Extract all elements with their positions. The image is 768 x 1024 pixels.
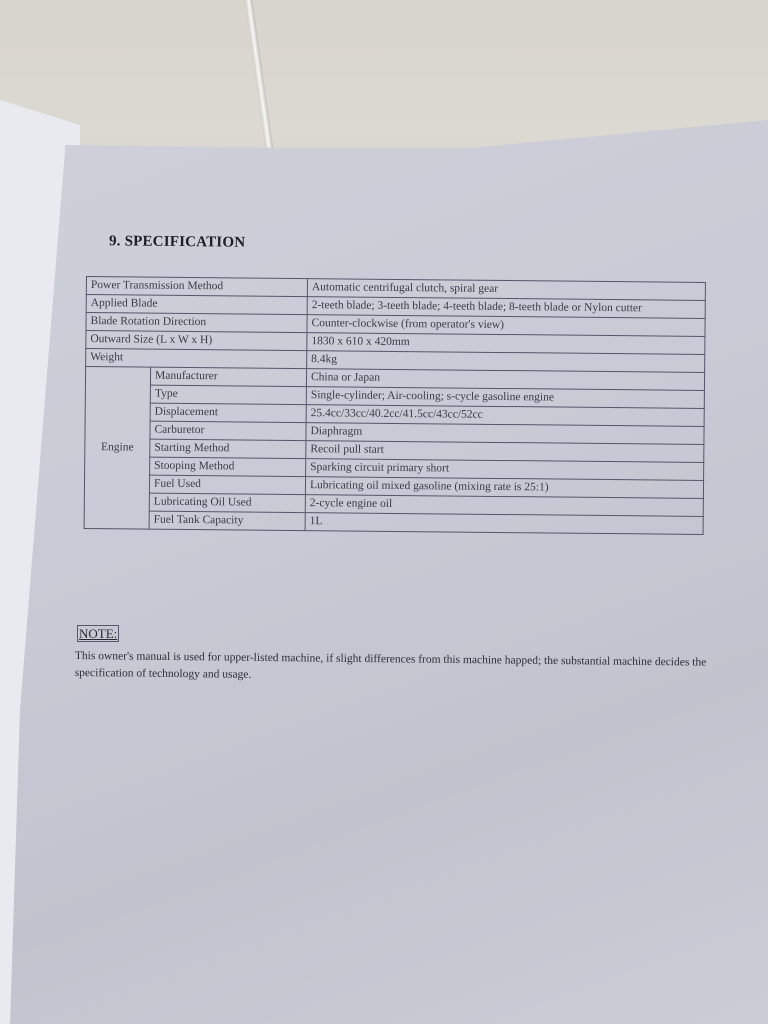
row-label: Lubricating Oil Used xyxy=(149,493,305,512)
row-label: Stooping Method xyxy=(150,457,306,476)
row-label: Fuel Tank Capacity xyxy=(149,511,305,530)
row-label: Outward Size (L x W x H) xyxy=(86,331,307,351)
row-label: Manufacturer xyxy=(150,367,306,386)
row-label: Blade Rotation Direction xyxy=(86,313,307,333)
row-label: Displacement xyxy=(150,403,306,422)
note-heading: NOTE: xyxy=(77,625,119,642)
specification-table: Power Transmission Method Automatic cent… xyxy=(84,276,706,535)
engine-group-label: Engine xyxy=(84,367,151,530)
row-label: Fuel Used xyxy=(149,475,305,494)
row-label: Weight xyxy=(86,349,307,369)
row-label: Carburetor xyxy=(150,421,306,440)
row-label: Applied Blade xyxy=(86,295,307,315)
row-label: Type xyxy=(150,385,306,404)
row-label: Starting Method xyxy=(150,439,306,458)
section-title: 9. SPECIFICATION xyxy=(109,233,245,251)
note-body: This owner's manual is used for upper-li… xyxy=(75,648,711,689)
row-value: 1L xyxy=(305,513,703,535)
row-label: Power Transmission Method xyxy=(86,277,307,297)
